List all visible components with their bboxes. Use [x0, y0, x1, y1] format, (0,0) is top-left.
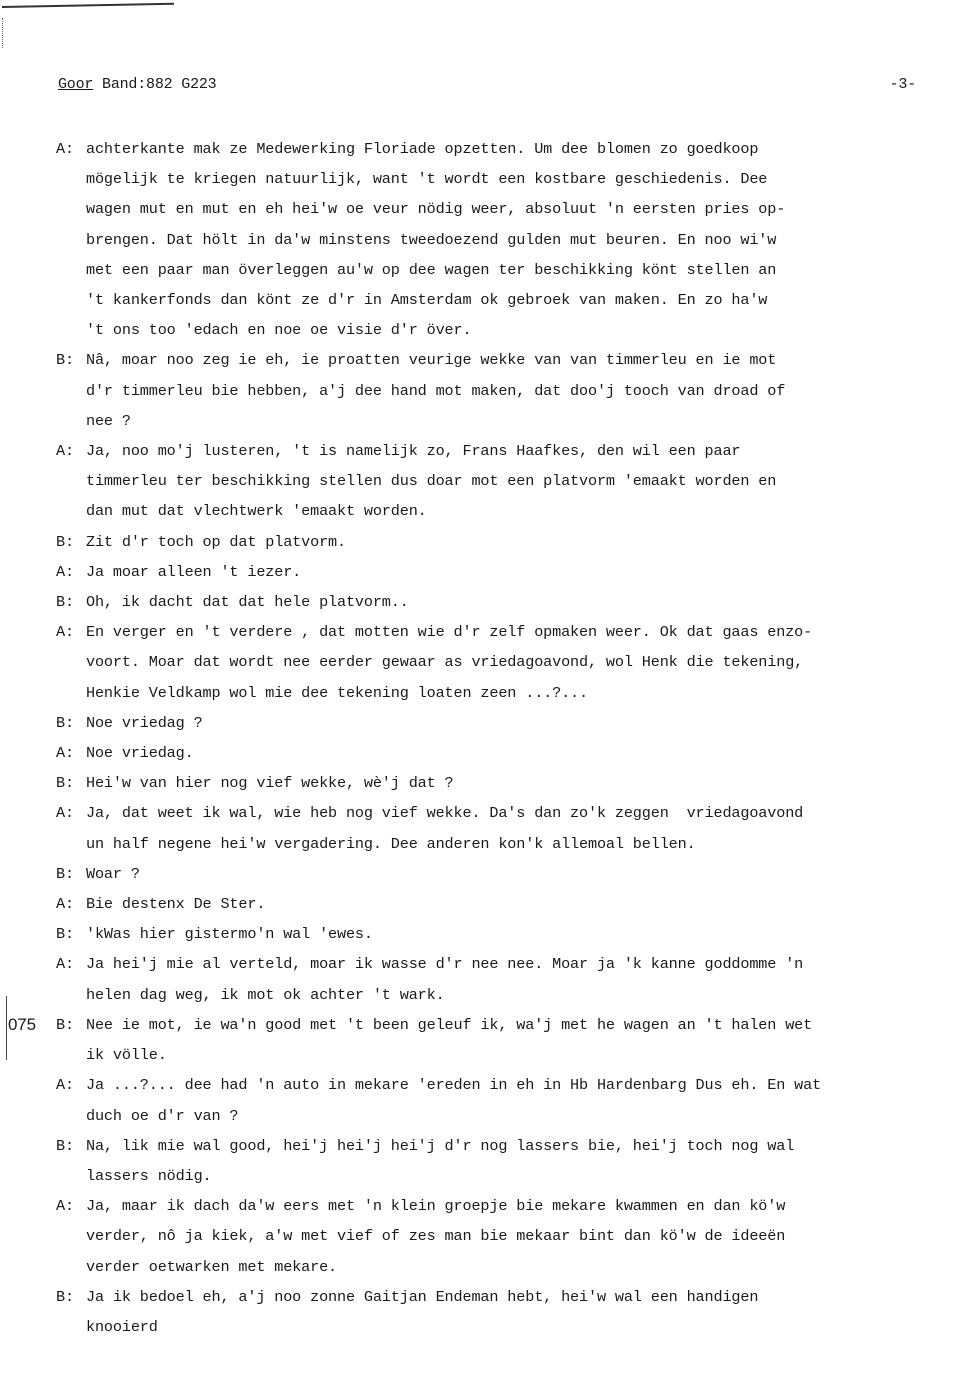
speaker-label: B:	[56, 587, 74, 617]
transcript-line: d'r timmerleu bie hebben, a'j dee hand m…	[86, 376, 946, 406]
transcript-line: Ja hei'j mie al verteld, moar ik wasse d…	[86, 949, 946, 979]
transcript-line: Ja ...?... dee had 'n auto in mekare 'er…	[86, 1070, 946, 1100]
transcript-turn: A:En verger en 't verdere , dat motten w…	[56, 617, 946, 708]
speaker-label: B:	[56, 708, 74, 738]
transcript-line: 't kankerfonds dan könt ze d'r in Amster…	[86, 285, 946, 315]
transcript-line: helen dag weg, ik mot ok achter 't wark.	[86, 980, 946, 1010]
speaker-label: B:	[56, 1010, 74, 1040]
transcript-line: knooierd	[86, 1312, 946, 1342]
transcript-line: voort. Moar dat wordt nee eerder gewaar …	[86, 647, 946, 677]
transcript-line: ik völle.	[86, 1040, 946, 1070]
transcript-turn: 075B:Nee ie mot, ie wa'n good met 't bee…	[56, 1010, 946, 1070]
speaker-label: A:	[56, 557, 74, 587]
transcript-line: brengen. Dat hölt in da'w minstens tweed…	[86, 225, 946, 255]
speaker-label: A:	[56, 889, 74, 919]
speaker-label: B:	[56, 919, 74, 949]
transcript-turn: A:Noe vriedag.	[56, 738, 946, 768]
transcript-turn: B:Na, lik mie wal good, hei'j hei'j hei'…	[56, 1131, 946, 1191]
speaker-label: A:	[56, 617, 74, 647]
transcript-line: Nâ, moar noo zeg ie eh, ie proatten veur…	[86, 345, 946, 375]
scan-edge-line	[2, 3, 174, 8]
transcript-turn: B:Nâ, moar noo zeg ie eh, ie proatten ve…	[56, 345, 946, 436]
transcript-line: Na, lik mie wal good, hei'j hei'j hei'j …	[86, 1131, 946, 1161]
transcript-body: A:achterkante mak ze Medewerking Floriad…	[56, 134, 946, 1342]
transcript-line: un half negene hei'w vergadering. Dee an…	[86, 829, 946, 859]
transcript-turn: A:Ja, dat weet ik wal, wie heb nog vief …	[56, 798, 946, 858]
transcript-line: nee ?	[86, 406, 946, 436]
transcript-line: 't ons too 'edach en noe oe visie d'r öv…	[86, 315, 946, 345]
transcript-line: Ja ik bedoel eh, a'j noo zonne Gaitjan E…	[86, 1282, 946, 1312]
transcript-line: Henkie Veldkamp wol mie dee tekening loa…	[86, 678, 946, 708]
transcript-line: wagen mut en mut en eh hei'w oe veur nöd…	[86, 194, 946, 224]
speaker-label: B:	[56, 527, 74, 557]
transcript-line: Noe vriedag.	[86, 738, 946, 768]
speaker-label: B:	[56, 859, 74, 889]
header-tape: Band:882	[102, 76, 172, 93]
speaker-label: A:	[56, 436, 74, 466]
tape-counter: 075	[8, 1010, 36, 1040]
speaker-label: B:	[56, 345, 74, 375]
transcript-turn: A:Ja moar alleen 't iezer.	[56, 557, 946, 587]
speaker-label: B:	[56, 1131, 74, 1161]
transcript-line: duch oe d'r van ?	[86, 1101, 946, 1131]
transcript-line: Noe vriedag ?	[86, 708, 946, 738]
transcript-line: Ja, dat weet ik wal, wie heb nog vief we…	[86, 798, 946, 828]
speaker-label: A:	[56, 134, 74, 164]
transcript-line: mögelijk te kriegen natuurlijk, want 't …	[86, 164, 946, 194]
speaker-label: A:	[56, 1070, 74, 1100]
transcript-turn: B:Noe vriedag ?	[56, 708, 946, 738]
transcript-line: met een paar man överleggen au'w op dee …	[86, 255, 946, 285]
document-page: Goor Band:882 G223 -3- A:achterkante mak…	[0, 0, 966, 1388]
speaker-label: A:	[56, 738, 74, 768]
transcript-turn: B:Hei'w van hier nog vief wekke, wè'j da…	[56, 768, 946, 798]
transcript-turn: B:Oh, ik dacht dat dat hele platvorm..	[56, 587, 946, 617]
transcript-line: timmerleu ter beschikking stellen dus do…	[86, 466, 946, 496]
margin-rule	[6, 996, 7, 1060]
speaker-label: A:	[56, 798, 74, 828]
transcript-turn: A:Ja, noo mo'j lusteren, 't is namelijk …	[56, 436, 946, 527]
transcript-line: lassers nödig.	[86, 1161, 946, 1191]
header-code: G223	[181, 76, 216, 93]
transcript-turn: A:Ja hei'j mie al verteld, moar ik wasse…	[56, 949, 946, 1009]
transcript-turn: A:Ja ...?... dee had 'n auto in mekare '…	[56, 1070, 946, 1130]
transcript-turn: A:Bie destenx De Ster.	[56, 889, 946, 919]
transcript-line: Oh, ik dacht dat dat hele platvorm..	[86, 587, 946, 617]
transcript-line: Ja, noo mo'j lusteren, 't is namelijk zo…	[86, 436, 946, 466]
transcript-turn: A:Ja, maar ik dach da'w eers met 'n klei…	[56, 1191, 946, 1282]
transcript-line: Woar ?	[86, 859, 946, 889]
speaker-label: A:	[56, 1191, 74, 1221]
speaker-label: B:	[56, 768, 74, 798]
transcript-turn: B:Woar ?	[56, 859, 946, 889]
speaker-label: A:	[56, 949, 74, 979]
transcript-line: Ja moar alleen 't iezer.	[86, 557, 946, 587]
scan-corner-mark	[2, 18, 11, 48]
transcript-line: Bie destenx De Ster.	[86, 889, 946, 919]
transcript-turn: B:'kWas hier gistermo'n wal 'ewes.	[56, 919, 946, 949]
header-place: Goor	[58, 76, 93, 93]
transcript-line: Hei'w van hier nog vief wekke, wè'j dat …	[86, 768, 946, 798]
transcript-line: verder oetwarken met mekare.	[86, 1252, 946, 1282]
transcript-line: Ja, maar ik dach da'w eers met 'n klein …	[86, 1191, 946, 1221]
transcript-turn: B:Ja ik bedoel eh, a'j noo zonne Gaitjan…	[56, 1282, 946, 1342]
transcript-turn: A:achterkante mak ze Medewerking Floriad…	[56, 134, 946, 345]
transcript-line: dan mut dat vlechtwerk 'emaakt worden.	[86, 496, 946, 526]
speaker-label: B:	[56, 1282, 74, 1312]
page-header: Goor Band:882 G223 -3-	[58, 76, 926, 100]
transcript-line: En verger en 't verdere , dat motten wie…	[86, 617, 946, 647]
transcript-line: achterkante mak ze Medewerking Floriade …	[86, 134, 946, 164]
page-number: -3-	[890, 76, 916, 93]
transcript-turn: B:Zit d'r toch op dat platvorm.	[56, 527, 946, 557]
transcript-line: Zit d'r toch op dat platvorm.	[86, 527, 946, 557]
transcript-line: verder, nô ja kiek, a'w met vief of zes …	[86, 1221, 946, 1251]
transcript-line: Nee ie mot, ie wa'n good met 't been gel…	[86, 1010, 946, 1040]
transcript-line: 'kWas hier gistermo'n wal 'ewes.	[86, 919, 946, 949]
